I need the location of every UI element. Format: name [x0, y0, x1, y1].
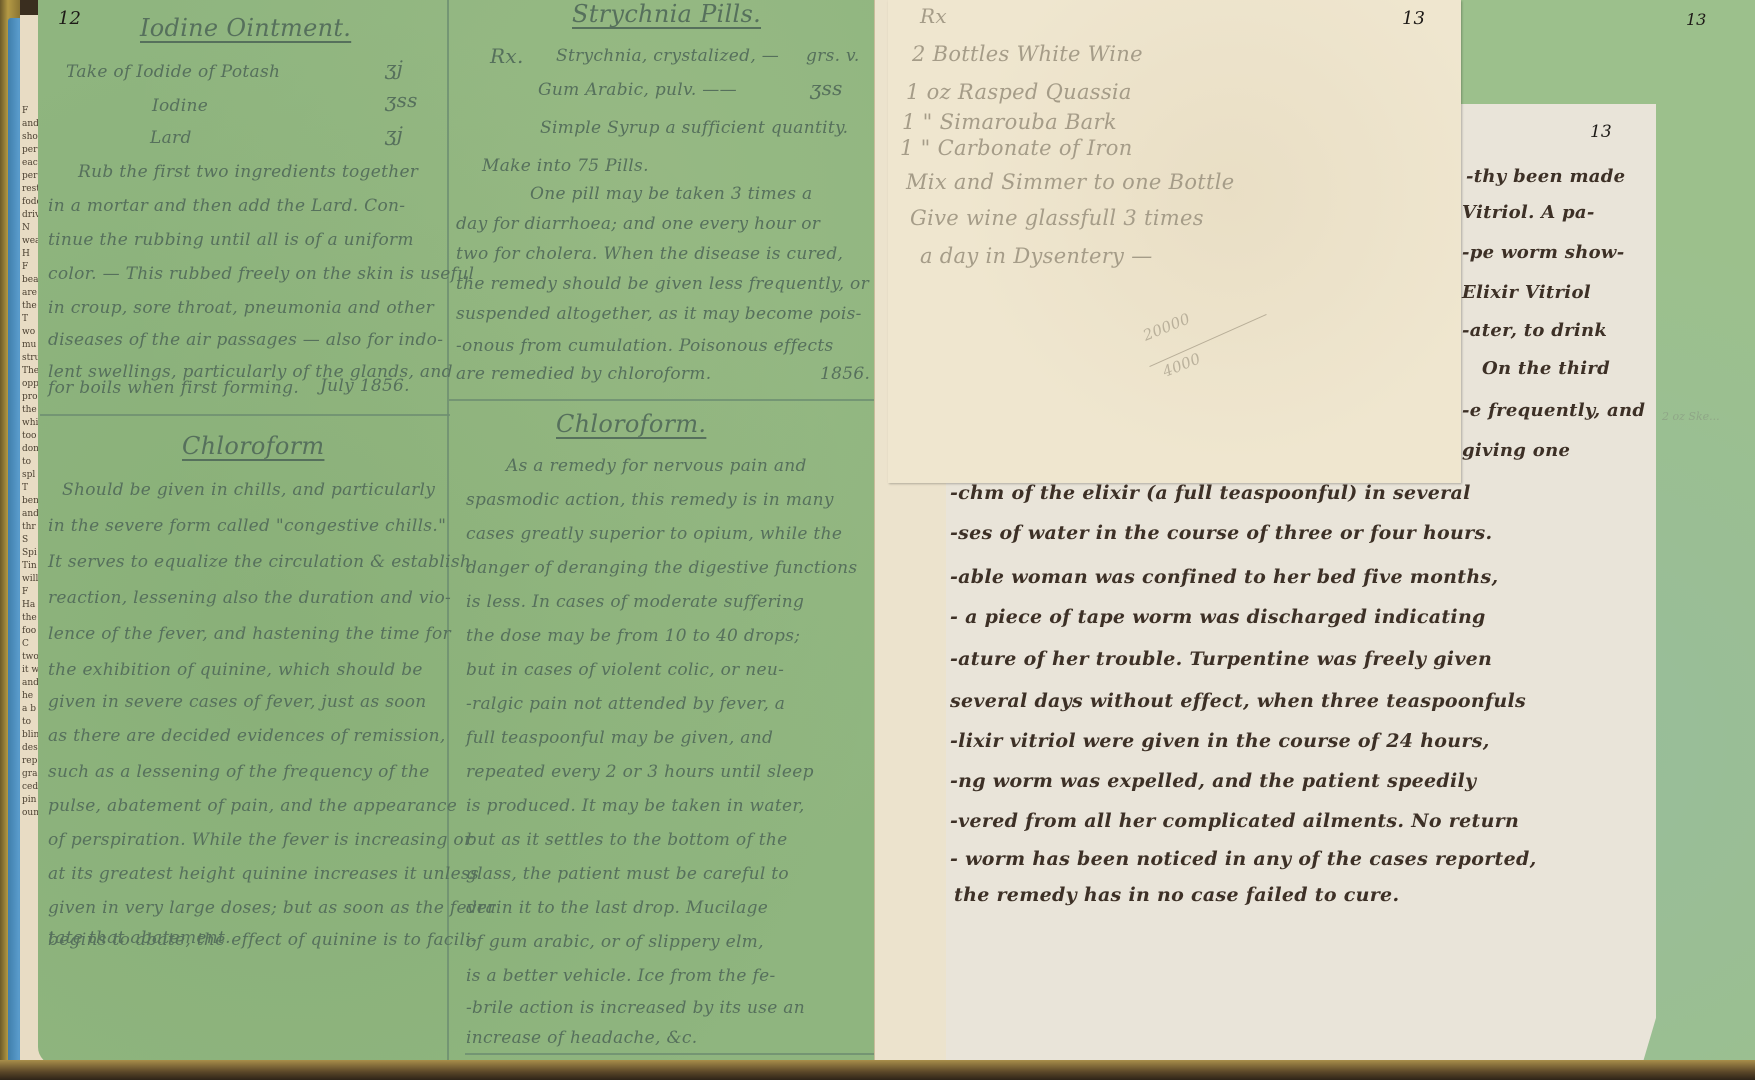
text-line: tinue the rubbing until all is of a unif…: [48, 230, 414, 250]
text-line: for boils when first forming.: [48, 378, 299, 398]
text-line: the exhibition of quinine, which should …: [48, 660, 423, 680]
text-fragment: -ater, to drink: [1462, 320, 1607, 341]
text-line: As a remedy for nervous pain and: [506, 456, 807, 476]
make-line: Make into 75 Pills.: [482, 156, 649, 176]
text-line: is produced. It may be taken in water,: [466, 796, 805, 816]
ingredient-name: Lard: [150, 128, 192, 148]
rx-symbol: Rx: [920, 4, 947, 28]
ingredient-qty: grs. v.: [806, 46, 860, 66]
text-line: in a mortar and then add the Lard. Con-: [48, 196, 405, 216]
text-fragment: Vitriol. A pa-: [1462, 202, 1595, 223]
text-line: 2 Bottles White Wine: [912, 42, 1143, 66]
ingredient-name: Simple Syrup a sufficient quantity.: [540, 118, 848, 138]
text-line: is a better vehicle. Ice from the fe-: [466, 966, 776, 986]
text-line: glass, the patient must be careful to: [466, 864, 789, 884]
margin-pencil-note: 2 oz Ske...: [1662, 410, 1720, 423]
ingredient-qty: ʒj: [385, 122, 403, 146]
text-line: as there are decided evidences of remiss…: [48, 726, 446, 746]
left-page-number: 12: [58, 8, 81, 29]
text-line: -brile action is increased by its use an: [466, 998, 805, 1018]
text-line: suspended altogether, as it may become p…: [456, 304, 862, 324]
text-line: the dose may be from 10 to 40 drops;: [466, 626, 800, 646]
text-line: of gum arabic, or of slippery elm,: [466, 932, 764, 952]
text-line: repeated every 2 or 3 hours until sleep: [466, 762, 814, 782]
section-title: Chloroform.: [556, 410, 706, 438]
text-line: - worm has been noticed in any of the ca…: [950, 848, 1537, 870]
text-line: -onous from cumulation. Poisonous effect…: [456, 336, 834, 356]
ingredient-name: Gum Arabic, pulv. ——: [538, 80, 737, 100]
text-line: a day in Dysentery —: [920, 244, 1153, 268]
text-line: -ralgic pain not attended by fever, a: [466, 694, 785, 714]
text-line: - a piece of tape worm was discharged in…: [950, 606, 1486, 628]
text-line: Should be given in chills, and particula…: [62, 480, 435, 500]
text-line: such as a lessening of the frequency of …: [48, 762, 430, 782]
leaf-page-number: 13: [1590, 122, 1612, 142]
text-line: danger of deranging the digestive functi…: [466, 558, 857, 578]
section-title: Strychnia Pills.: [572, 0, 761, 28]
text-line: color. — This rubbed freely on the skin …: [48, 264, 474, 284]
section-title: Iodine Ointment.: [140, 14, 351, 42]
slip-page-number: 13: [1402, 8, 1425, 29]
text-line: but as it settles to the bottom of the: [466, 830, 788, 850]
text-line: -ng worm was expelled, and the patient s…: [950, 770, 1476, 792]
text-line: in croup, sore throat, pneumonia and oth…: [48, 298, 434, 318]
text-line: at its greatest height quinine increases…: [48, 864, 479, 884]
text-line: given in very large doses; but as soon a…: [48, 898, 496, 918]
text-line: lence of the fever, and hastening the ti…: [48, 624, 451, 644]
text-line: the remedy should be given less frequent…: [456, 274, 869, 294]
section-title: Chloroform: [182, 432, 324, 460]
text-line: given in severe cases of fever, just as …: [48, 692, 427, 712]
text-line: day for diarrhoea; and one every hour or: [456, 214, 820, 234]
text-line: -vered from all her complicated ailments…: [950, 810, 1519, 832]
text-line: -ature of her trouble. Turpentine was fr…: [950, 648, 1492, 670]
rx-symbol: Rx.: [490, 44, 524, 68]
ingredient-name: Strychnia, crystalized, —: [556, 46, 779, 66]
text-line: It serves to equalize the circulation & …: [48, 552, 471, 572]
text-line: pulse, abatement of pain, and the appear…: [48, 796, 457, 816]
text-line: tate that abatement.: [48, 928, 231, 948]
section-divider: [40, 414, 450, 416]
text-line: cases greatly superior to opium, while t…: [466, 524, 842, 544]
text-line: the remedy has in no case failed to cure…: [954, 884, 1399, 906]
ingredient-qty: ʒss: [385, 88, 418, 112]
text-line: full teaspoonful may be given, and: [466, 728, 773, 748]
text-fragment: -pe worm show-: [1462, 242, 1624, 263]
text-line: Rub the first two ingredients together: [78, 162, 418, 182]
text-line: reaction, lessening also the duration an…: [48, 588, 451, 608]
date: July 1856.: [320, 376, 410, 396]
text-line: increase of headache, &c.: [466, 1028, 697, 1048]
text-fragment: -thy been made: [1466, 166, 1625, 187]
text-line: diseases of the air passages — also for …: [48, 330, 443, 350]
section-divider: [449, 399, 879, 401]
text-line: -chm of the elixir (a full teaspoonful) …: [950, 482, 1471, 504]
ingredient-qty: ʒj: [385, 56, 403, 80]
text-fragment: -e frequently, and: [1462, 400, 1645, 421]
text-fragment: giving one: [1462, 440, 1570, 461]
text-line: is less. In cases of moderate suffering: [466, 592, 804, 612]
text-line: Mix and Simmer to one Bottle: [906, 170, 1235, 194]
text-line: drain it to the last drop. Mucilage: [466, 898, 768, 918]
text-line: of perspiration. While the fever is incr…: [48, 830, 472, 850]
text-line: but in cases of violent colic, or neu-: [466, 660, 784, 680]
section-divider: [465, 1053, 875, 1055]
book-bottom-edge: [0, 1060, 1755, 1080]
text-line: spasmodic action, this remedy is in many: [466, 490, 834, 510]
text-line: -able woman was confined to her bed five…: [950, 566, 1498, 588]
text-line: in the severe form called "congestive ch…: [48, 516, 446, 536]
text-line: -lixir vitriol were given in the course …: [950, 730, 1490, 752]
text-line: 1 oz Rasped Quassia: [906, 80, 1132, 104]
pasted-recipe-slip: [888, 0, 1461, 483]
text-line: -ses of water in the course of three or …: [950, 522, 1492, 544]
right-page-number: 13: [1686, 10, 1706, 29]
ingredient-qty: ʒss: [810, 76, 843, 100]
text-fragment: On the third: [1482, 358, 1610, 379]
text-line: are remedied by chloroform.: [456, 364, 711, 384]
text-line: Give wine glassfull 3 times: [910, 206, 1204, 230]
ingredient-name: Take of Iodide of Potash: [66, 62, 280, 82]
text-line: two for cholera. When the disease is cur…: [456, 244, 843, 264]
text-fragment: Elixir Vitriol: [1462, 282, 1591, 303]
text-line: several days without effect, when three …: [950, 690, 1526, 712]
ingredient-name: Iodine: [152, 96, 208, 116]
text-line: 1 " Simarouba Bark: [902, 110, 1117, 134]
text-line: One pill may be taken 3 times a: [530, 184, 812, 204]
text-line: 1 " Carbonate of Iron: [900, 136, 1133, 160]
date: 1856.: [820, 364, 870, 384]
